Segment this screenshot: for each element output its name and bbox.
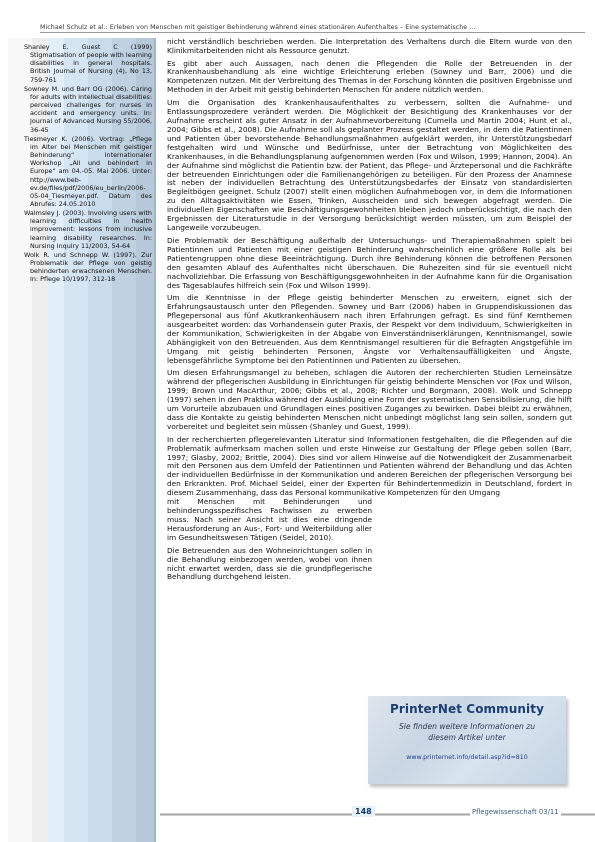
running-header: Michael Schulz et al.: Erleben von Mensc… (40, 24, 585, 33)
callout-text-line: diesem Artikel unter (368, 733, 566, 744)
sidebar-divider (154, 38, 156, 842)
article-body: nicht verständlich beschrieben werden. D… (167, 38, 572, 586)
page-number: 148 (352, 806, 375, 817)
body-paragraph: nicht verständlich beschrieben werden. D… (167, 38, 572, 56)
body-paragraph: Um die Organisation des Krankenhausaufen… (167, 99, 572, 233)
body-paragraph: Die Problematik der Beschäftigung außerh… (167, 237, 572, 291)
body-paragraph: Um diesen Erfahrungsmangel zu beheben, s… (167, 369, 572, 432)
reference-item: Shanley E. Guest C (1999) Stigmatisation… (24, 43, 152, 84)
reference-item: Sowney M. und Barr OG (2006). Caring for… (24, 85, 152, 134)
journal-issue: Pflegewissenschaft 03/11 (470, 807, 561, 817)
body-paragraph: mit Menschen mit Behinderungen und behin… (167, 498, 372, 543)
reference-item: Tiesmeyer K. (2006). Vortrag: „Pflege im… (24, 135, 152, 208)
reference-list: Shanley E. Guest C (1999) Stigmatisation… (24, 43, 152, 285)
body-paragraph: Die Betreuenden aus den Wohneinrichtunge… (167, 547, 372, 583)
reference-item: Walmsley J. (2003). Involving users with… (24, 209, 152, 250)
callout-text-line: Sie finden weitere Informationen zu (368, 722, 566, 733)
body-paragraph: Um die Kenntnisse in der Pflege geistig … (167, 294, 572, 366)
callout-title: PrinterNet Community (368, 702, 566, 716)
body-paragraph: Es gibt aber auch Aussagen, nach denen d… (167, 60, 572, 96)
body-paragraph: In der recherchierten pflegerelevanten L… (167, 436, 572, 499)
reference-item: Wolk R. und Schnepp W. (1997). Zur Probl… (24, 251, 152, 284)
callout-text: Sie finden weitere Informationen zu dies… (368, 722, 566, 743)
callout-url-link[interactable]: www.printernet.info/detail.asp?id=810 (368, 754, 566, 761)
printernet-community-callout: PrinterNet Community Sie finden weitere … (368, 696, 566, 784)
